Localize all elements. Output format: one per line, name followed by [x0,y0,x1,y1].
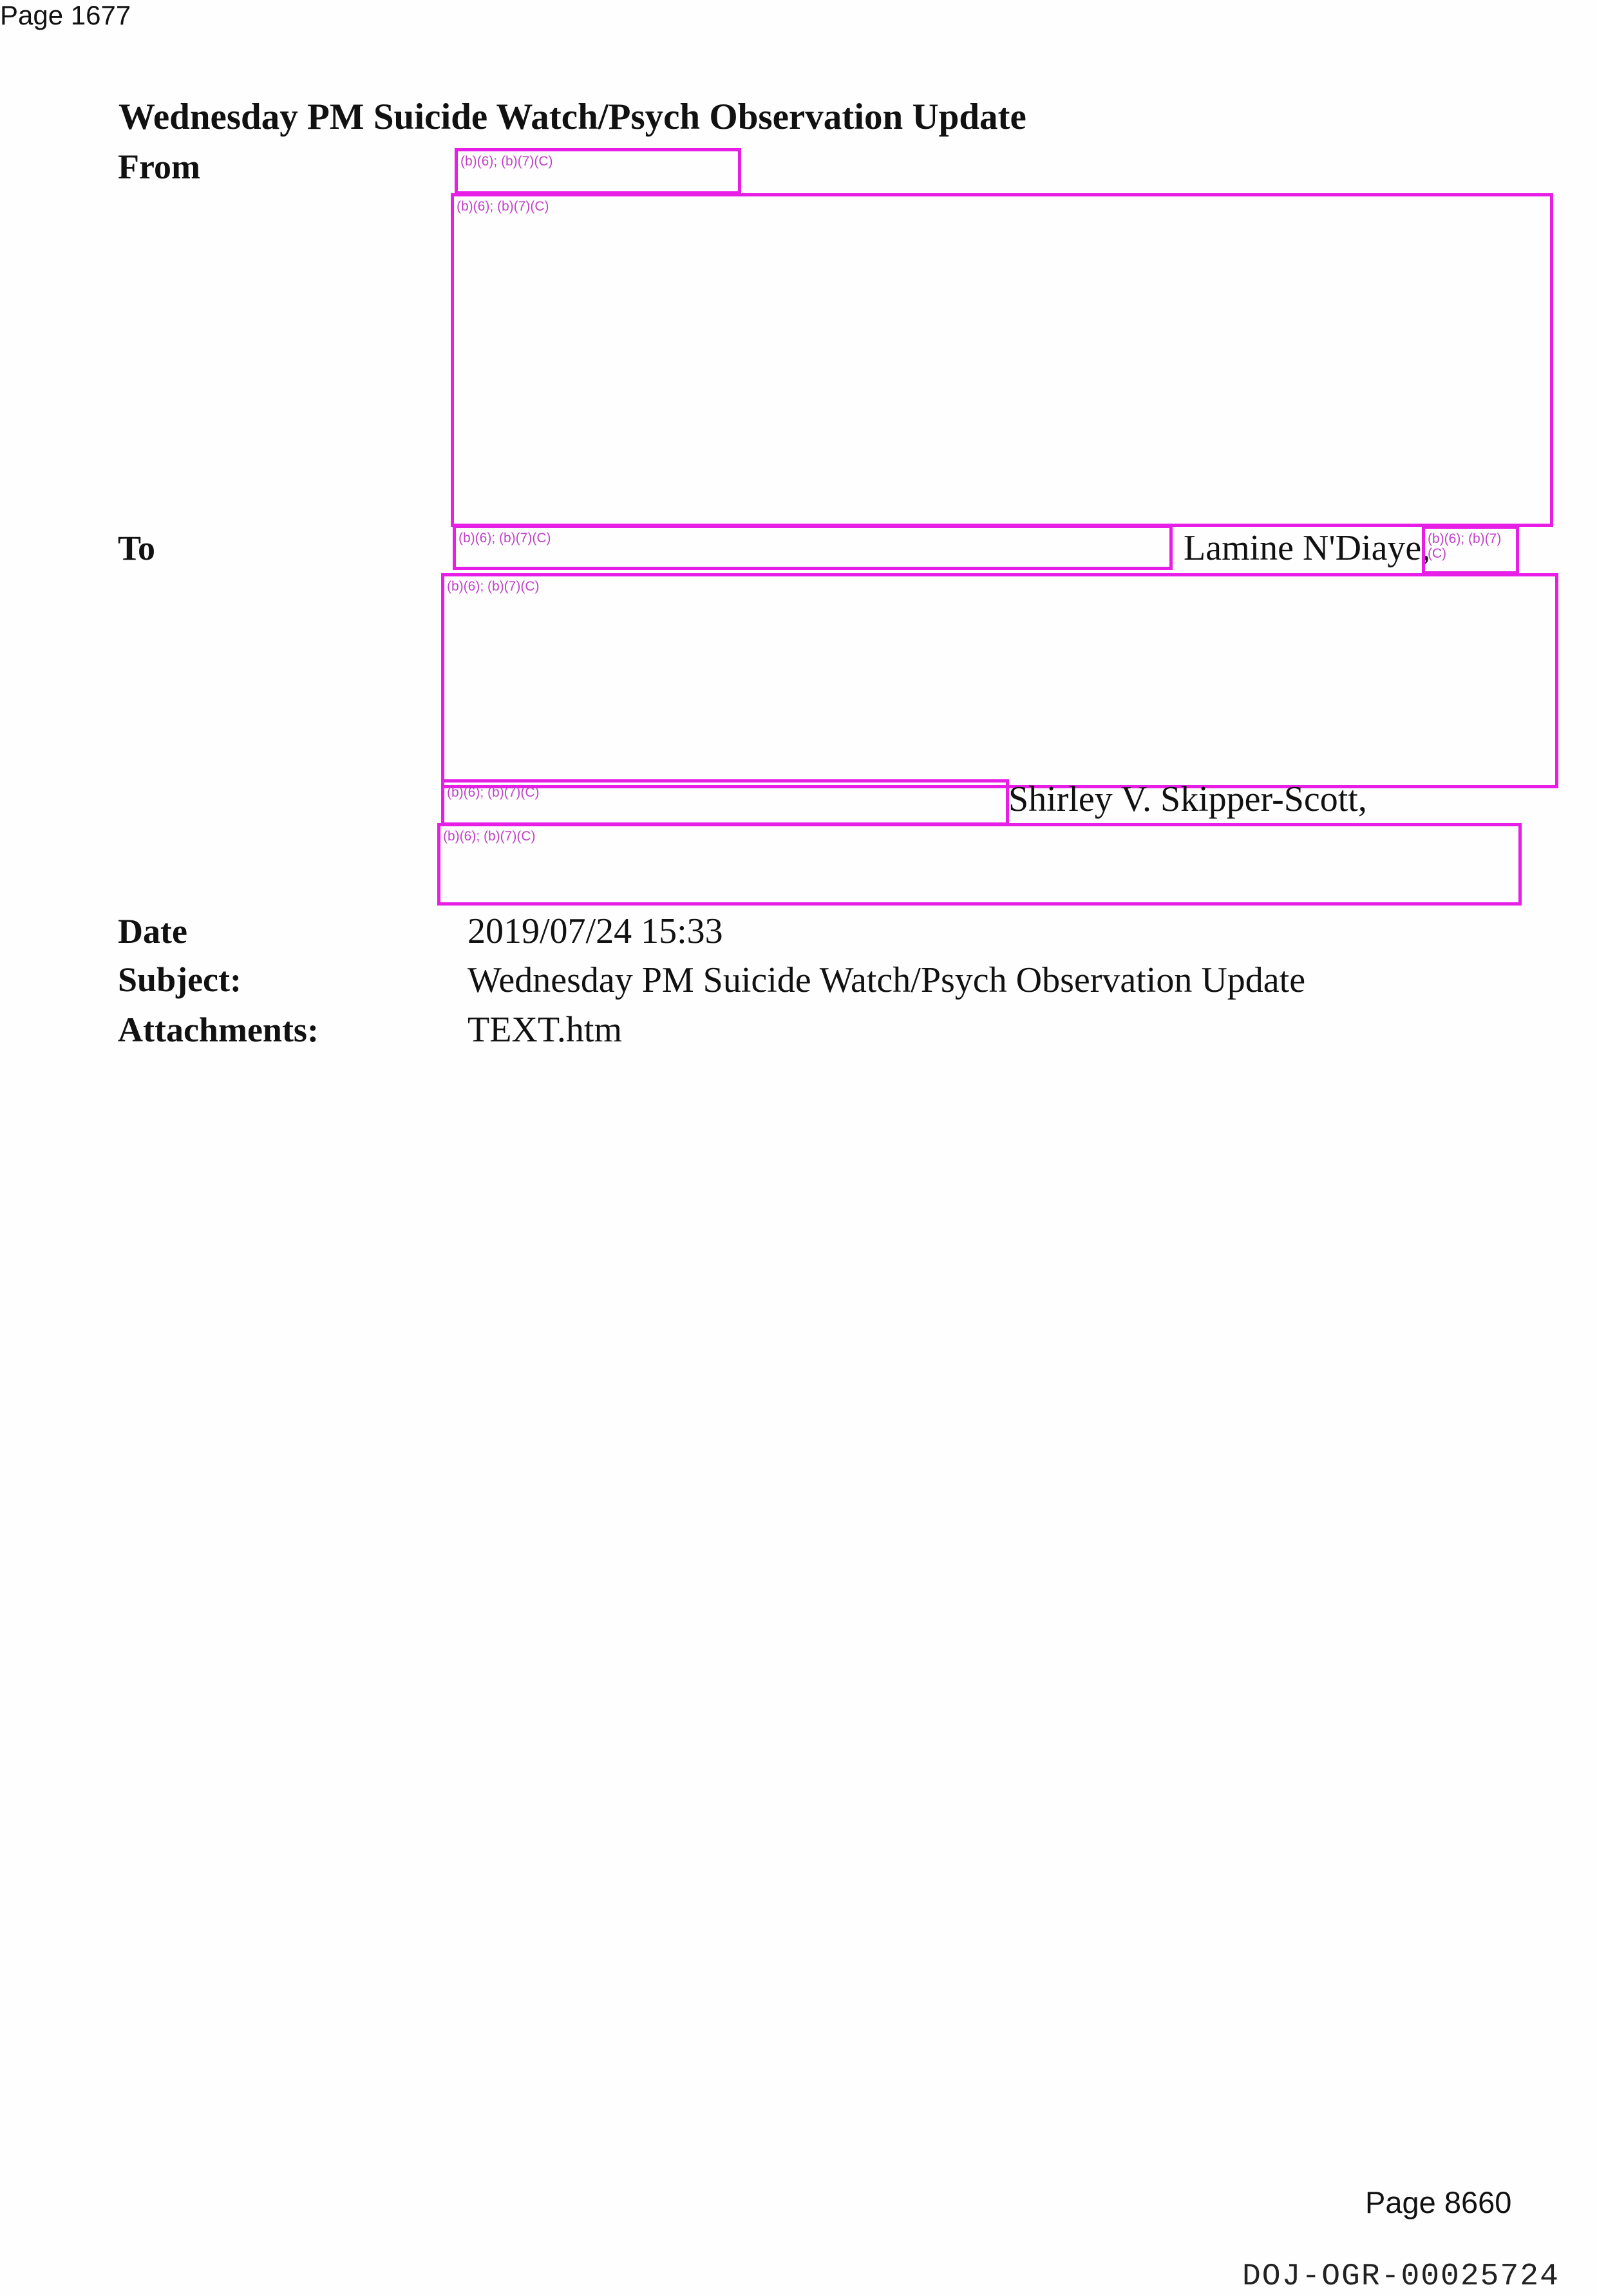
redaction-box: (b)(6); (b)(7)(C) [437,823,1522,906]
redaction-box: (b)(6); (b)(7)(C) [451,193,1553,527]
date-value: 2019/07/24 15:33 [468,911,723,951]
page-header-number: Page 1677 [0,0,131,31]
attachment-file[interactable]: TEXT.htm [468,1010,622,1050]
redaction-code: (b)(6); (b)(7)(C) [458,531,551,546]
redaction-code: (b)(6); (b)(7)(C) [1428,531,1505,561]
redaction-box: (b)(6); (b)(7)(C) [455,148,741,194]
to-label: To [118,528,155,568]
redaction-box: (b)(6); (b)(7)(C) [1422,526,1519,574]
redaction-box: (b)(6); (b)(7)(C) [441,779,1009,826]
recipient-name: Lamine N'Diaye, [1184,528,1430,568]
redaction-code: (b)(6); (b)(7)(C) [443,829,535,844]
date-label: Date [118,911,187,951]
redaction-code: (b)(6); (b)(7)(C) [460,154,553,169]
redaction-code: (b)(6); (b)(7)(C) [447,579,539,594]
redaction-code: (b)(6); (b)(7)(C) [447,785,539,800]
redaction-box: (b)(6); (b)(7)(C) [441,573,1558,788]
subject-value: Wednesday PM Suicide Watch/Psych Observa… [468,960,1305,1000]
bates-number: DOJ-OGR-00025724 [1242,2259,1560,2294]
document-page: Page 1677 Wednesday PM Suicide Watch/Psy… [0,0,1597,2296]
from-label: From [118,147,200,187]
subject-label: Subject: [118,960,241,1000]
redaction-code: (b)(6); (b)(7)(C) [457,199,549,214]
redaction-box: (b)(6); (b)(7)(C) [453,525,1173,570]
recipient-name: Shirley V. Skipper-Scott, [1008,779,1367,819]
page-footer-number: Page 8660 [1365,2185,1511,2220]
attachments-label: Attachments: [118,1010,319,1050]
email-title: Wednesday PM Suicide Watch/Psych Observa… [118,95,1026,139]
